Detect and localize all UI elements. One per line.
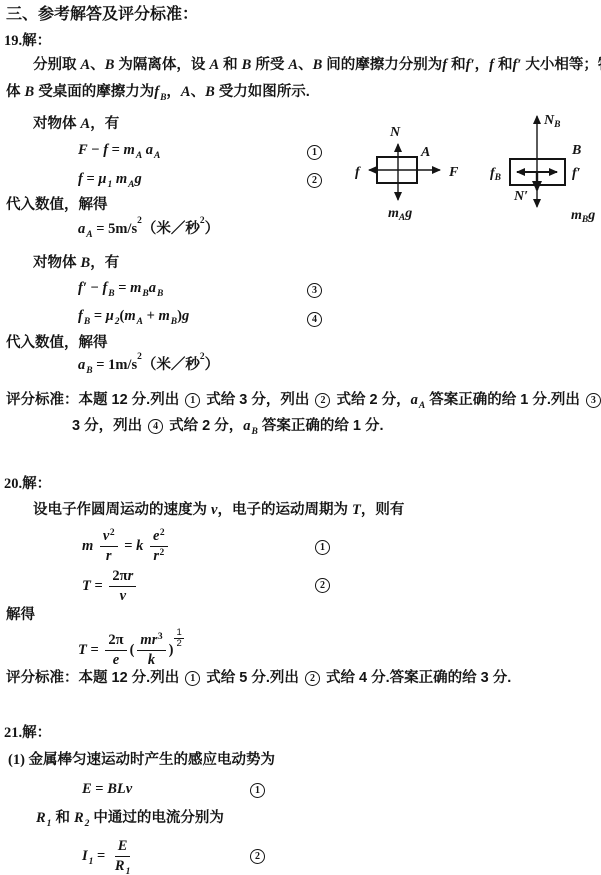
circled-number: 1 <box>185 671 200 686</box>
resistor-lead-in: R1 和 R2 中通过的电流分别为 <box>36 810 224 827</box>
equation-tag-1: 1 <box>307 145 322 160</box>
equation-tag-4: 4 <box>307 312 322 327</box>
equation-tag-1: 1 <box>315 540 330 555</box>
object-b-lead-in: 对物体 B，有 <box>33 255 119 272</box>
label-mbg: mBg <box>571 208 595 225</box>
equation-19-4: fB = μ2(mA + mB)g <box>78 308 189 325</box>
main-heading: 三、参考解答及评分标准： <box>6 6 198 23</box>
equation-19-1: F − f = mA aA <box>78 142 160 159</box>
substitute-lead-in-1: 代入数值，解得 <box>6 197 108 214</box>
solution-paragraph-line-2: 体 B 受桌面的摩擦力为fB，A、B 受力如图所示. <box>6 84 310 101</box>
force-diagram-object-a: N A f F mAg <box>352 112 477 232</box>
label-fb: fB <box>490 166 501 183</box>
result-b-acceleration: aB = 1m/s2（米／秒2） <box>78 357 219 374</box>
equation-tag-3: 3 <box>307 283 322 298</box>
problem-19-heading: 19.解： <box>4 33 51 50</box>
circled-number: 2 <box>305 671 320 686</box>
answer-key-page: 三、参考解答及评分标准： 19.解： 分别取 A、B 为隔离体，设 A 和 B … <box>0 0 601 875</box>
force-diagram-object-b: NB B fB f′ N′ mBg <box>488 106 601 238</box>
circled-number: 3 <box>586 393 601 408</box>
label-n: N <box>389 125 401 140</box>
equation-20-2: T = 2πrv <box>82 568 139 605</box>
equation-tag-2: 2 <box>315 578 330 593</box>
grading-19-line-1: 评分标准：本题 12 分.列出 1 式给 3 分，列出 2 式给 2 分，aA … <box>6 392 601 409</box>
equation-tag-2: 2 <box>250 849 265 864</box>
equation-tag-1: 1 <box>250 783 265 798</box>
solution-paragraph-line-1: 分别取 A、B 为隔离体，设 A 和 B 所受 A、B 间的摩擦力分别为f 和f… <box>33 57 601 74</box>
object-a-lead-in: 对物体 A，有 <box>33 116 119 133</box>
label-n-prime: N′ <box>513 189 528 204</box>
label-F: F <box>448 165 459 180</box>
label-b: B <box>571 143 581 158</box>
circled-number: 2 <box>315 393 330 408</box>
problem-20-heading: 20.解： <box>4 476 51 493</box>
circled-number: 4 <box>148 419 163 434</box>
equation-20-1: m v2r = k e2r2 <box>82 528 171 565</box>
label-f: f <box>355 165 361 180</box>
equation-19-2: f = μ1 mAg <box>78 171 142 188</box>
label-mag: mAg <box>388 206 412 223</box>
equation-21-1: E = BLv <box>82 781 132 798</box>
equation-19-3: f′ − fB = mBaB <box>78 280 163 297</box>
circled-number: 1 <box>185 393 200 408</box>
label-nb: NB <box>543 113 560 130</box>
label-f-prime: f′ <box>572 166 581 181</box>
result-period: T = 2πe(mr3k)12 <box>78 632 184 669</box>
result-a-acceleration: aA = 5m/s2（米／秒2） <box>78 221 219 238</box>
problem-20-lead-in: 设电子作圆周运动的速度为 v，电子的运动周期为 T，则有 <box>33 502 404 519</box>
grading-20: 评分标准：本题 12 分.列出 1 式给 5 分.列出 2 式给 4 分.答案正… <box>6 670 511 687</box>
substitute-lead-in-2: 代入数值，解得 <box>6 335 108 352</box>
solve-lead-in: 解得 <box>6 607 35 624</box>
equation-21-2: I1 = ER1 <box>82 838 136 875</box>
problem-21-heading: 21.解： <box>4 725 51 742</box>
part-1-lead-in: (1) 金属棒匀速运动时产生的感应电动势为 <box>8 752 275 769</box>
grading-19-line-2: 3 分，列出 4 式给 2 分，aB 答案正确的给 1 分. <box>72 418 384 435</box>
label-a: A <box>420 145 430 160</box>
equation-tag-2: 2 <box>307 173 322 188</box>
